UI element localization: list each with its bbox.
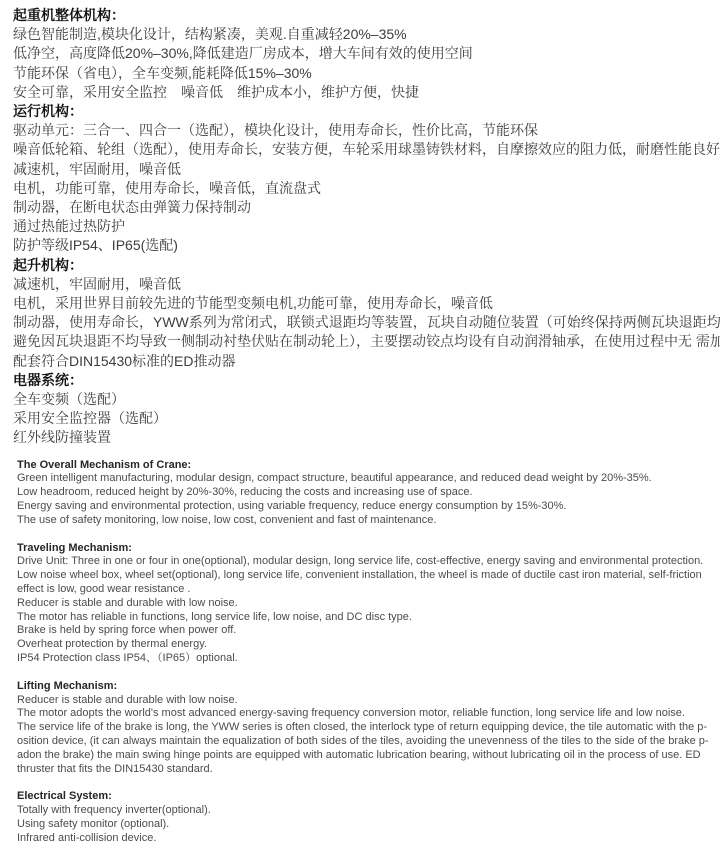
cn-text-line: 配套符合DIN15430标准的ED推动器 — [13, 352, 714, 371]
en-heading-lifting-mechanism: Lifting Mechanism: — [17, 680, 714, 694]
cn-text-line: 噪音低轮箱、轮组（选配），使用寿命长，安装方便，车轮采用球墨铸铁材料，自摩擦效应… — [13, 140, 714, 159]
en-text-line: The motor has reliable in functions, lon… — [17, 611, 714, 625]
cn-text-line: 通过热能过热防护 — [13, 217, 714, 236]
en-text-line: Overheat protection by thermal energy. — [17, 638, 714, 652]
cn-text-line: 低净空，高度降低20%–30%,降低建造厂房成本，增大车间有效的使用空间 — [13, 44, 714, 63]
cn-text-line: 红外线防撞装置 — [13, 428, 714, 447]
cn-text-line: 制动器，使用寿命长，YWW系列为常闭式，联锁式退距均等装置，瓦块自动随位装置（可… — [13, 313, 714, 332]
en-text-line: The use of safety monitoring, low noise,… — [17, 514, 714, 528]
en-text-line: Low headroom, reduced height by 20%-30%,… — [17, 486, 714, 500]
en-text-line: Brake is held by spring force when power… — [17, 624, 714, 638]
en-text-line: adon the brake) the main swing hinge poi… — [17, 749, 714, 763]
cn-text-line: 减速机，牢固耐用，噪音低 — [13, 275, 714, 294]
en-text-line: Drive Unit: Three in one or four in one(… — [17, 555, 714, 569]
en-text-line: IP54 Protection class IP54、（IP65）optiona… — [17, 652, 714, 666]
chinese-spec-block: 起重机整体机构： 绿色智能制造,模块化设计，结构紧凑，美观.自重减轻20%–35… — [0, 0, 720, 448]
en-section-lifting: Lifting Mechanism: Reducer is stable and… — [17, 680, 714, 777]
cn-text-line: 电机，采用世界目前较先进的节能型变频电机,功能可靠，使用寿命长，噪音低 — [13, 294, 714, 313]
en-text-line: osition device, (it can always maintain … — [17, 735, 714, 749]
en-text-line: The motor adopts the world's most advanc… — [17, 707, 714, 721]
en-text-line: Energy saving and environmental protecti… — [17, 500, 714, 514]
en-text-line: Infrared anti-collision device. — [17, 832, 714, 846]
en-text-line: Low noise wheel box, wheel set(optional)… — [17, 569, 714, 583]
english-spec-block: The Overall Mechanism of Crane: Green in… — [0, 459, 720, 846]
cn-text-line: 电机，功能可靠，使用寿命长，噪音低，直流盘式 — [13, 179, 714, 198]
en-heading-traveling-mechanism: Traveling Mechanism: — [17, 542, 714, 556]
en-heading-electrical-system: Electrical System: — [17, 790, 714, 804]
cn-section-overall: 起重机整体机构： 绿色智能制造,模块化设计，结构紧凑，美观.自重减轻20%–35… — [13, 6, 714, 102]
en-text-line: effect is low, good wear resistance . — [17, 583, 714, 597]
cn-section-traveling: 运行机构： 驱动单元：三合一、四合一（选配），模块化设计，使用寿命长，性价比高，… — [13, 102, 714, 256]
cn-text-line: 驱动单元：三合一、四合一（选配），模块化设计，使用寿命长，性价比高，节能环保 — [13, 121, 714, 140]
en-section-traveling: Traveling Mechanism: Drive Unit: Three i… — [17, 542, 714, 666]
cn-text-line: 采用安全监控器（选配） — [13, 409, 714, 428]
cn-text-line: 减速机，牢固耐用，噪音低 — [13, 160, 714, 179]
cn-section-electrical: 电器系统： 全车变频（选配） 采用安全监控器（选配） 红外线防撞装置 — [13, 371, 714, 448]
cn-text-line: 安全可靠，采用安全监控 噪音低 维护成本小，维护方便，快捷 — [13, 83, 714, 102]
en-text-line: Using safety monitor (optional). — [17, 818, 714, 832]
en-text-line: thruster that fits the DIN15430 standard… — [17, 763, 714, 777]
cn-heading-lifting-mechanism: 起升机构： — [13, 256, 714, 275]
cn-text-line: 防护等级IP54、IP65(选配) — [13, 236, 714, 255]
cn-heading-overall-mechanism: 起重机整体机构： — [13, 6, 714, 25]
en-text-line: The service life of the brake is long, t… — [17, 721, 714, 735]
cn-text-line: 节能环保（省电），全车变频,能耗降低15%–30% — [13, 64, 714, 83]
en-text-line: Reducer is stable and durable with low n… — [17, 597, 714, 611]
cn-heading-electrical-system: 电器系统： — [13, 371, 714, 390]
en-heading-overall-mechanism: The Overall Mechanism of Crane: — [17, 459, 714, 473]
cn-heading-traveling-mechanism: 运行机构： — [13, 102, 714, 121]
cn-text-line: 制动器，在断电状态由弹簧力保持制动 — [13, 198, 714, 217]
en-section-electrical: Electrical System: Totally with frequenc… — [17, 790, 714, 845]
cn-text-line: 避免因瓦块退距不均导致一侧制动衬垫伏贴在制动轮上），主要摆动铰点均设有自动润滑轴… — [13, 332, 714, 351]
en-section-overall: The Overall Mechanism of Crane: Green in… — [17, 459, 714, 528]
cn-text-line: 绿色智能制造,模块化设计，结构紧凑，美观.自重减轻20%–35% — [13, 25, 714, 44]
spec-document-page: 起重机整体机构： 绿色智能制造,模块化设计，结构紧凑，美观.自重减轻20%–35… — [0, 0, 720, 861]
en-text-line: Green intelligent manufacturing, modular… — [17, 472, 714, 486]
en-text-line: Reducer is stable and durable with low n… — [17, 694, 714, 708]
cn-text-line: 全车变频（选配） — [13, 390, 714, 409]
en-text-line: Totally with frequency inverter(optional… — [17, 804, 714, 818]
cn-section-lifting: 起升机构： 减速机，牢固耐用，噪音低 电机，采用世界目前较先进的节能型变频电机,… — [13, 256, 714, 371]
